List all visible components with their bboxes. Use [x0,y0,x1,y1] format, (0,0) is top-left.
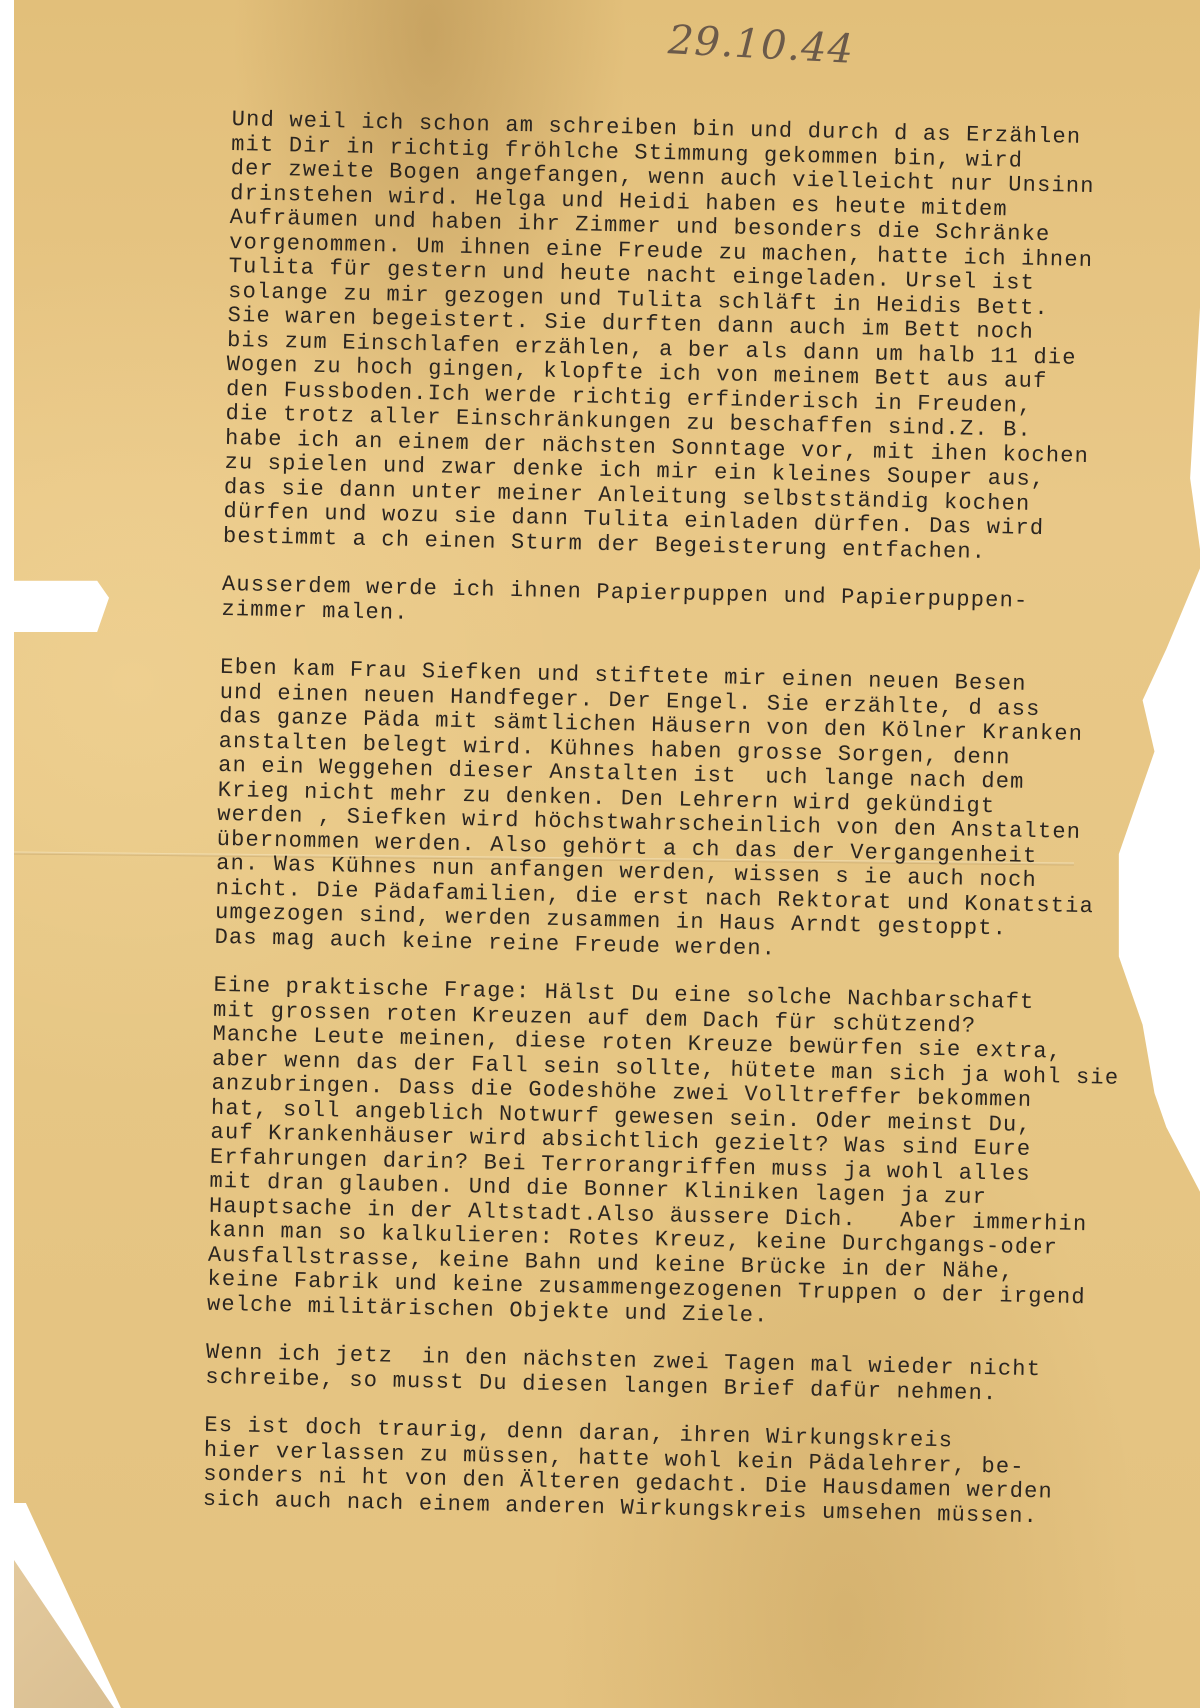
paragraph-4: Eine praktische Frage: Hälst Du eine sol… [207,974,1174,1337]
paragraph-2: Ausserdem werde ich ihnen Papierpuppen u… [221,573,1182,642]
paragraph-5: Wenn ich jetz in den nächsten zwei Tagen… [205,1341,1166,1410]
paragraph-3: Eben kam Frau Siefken und stiftete mir e… [214,656,1180,970]
paragraph-1: Und weil ich schon am schreiben bin und … [223,108,1192,569]
paragraph-6: Es ist doch traurig, denn daran, ihren W… [203,1414,1165,1532]
handwritten-date: 29.10.44 [667,17,855,73]
typewritten-letter-body: Und weil ich schon am schreiben bin und … [202,108,1192,1556]
